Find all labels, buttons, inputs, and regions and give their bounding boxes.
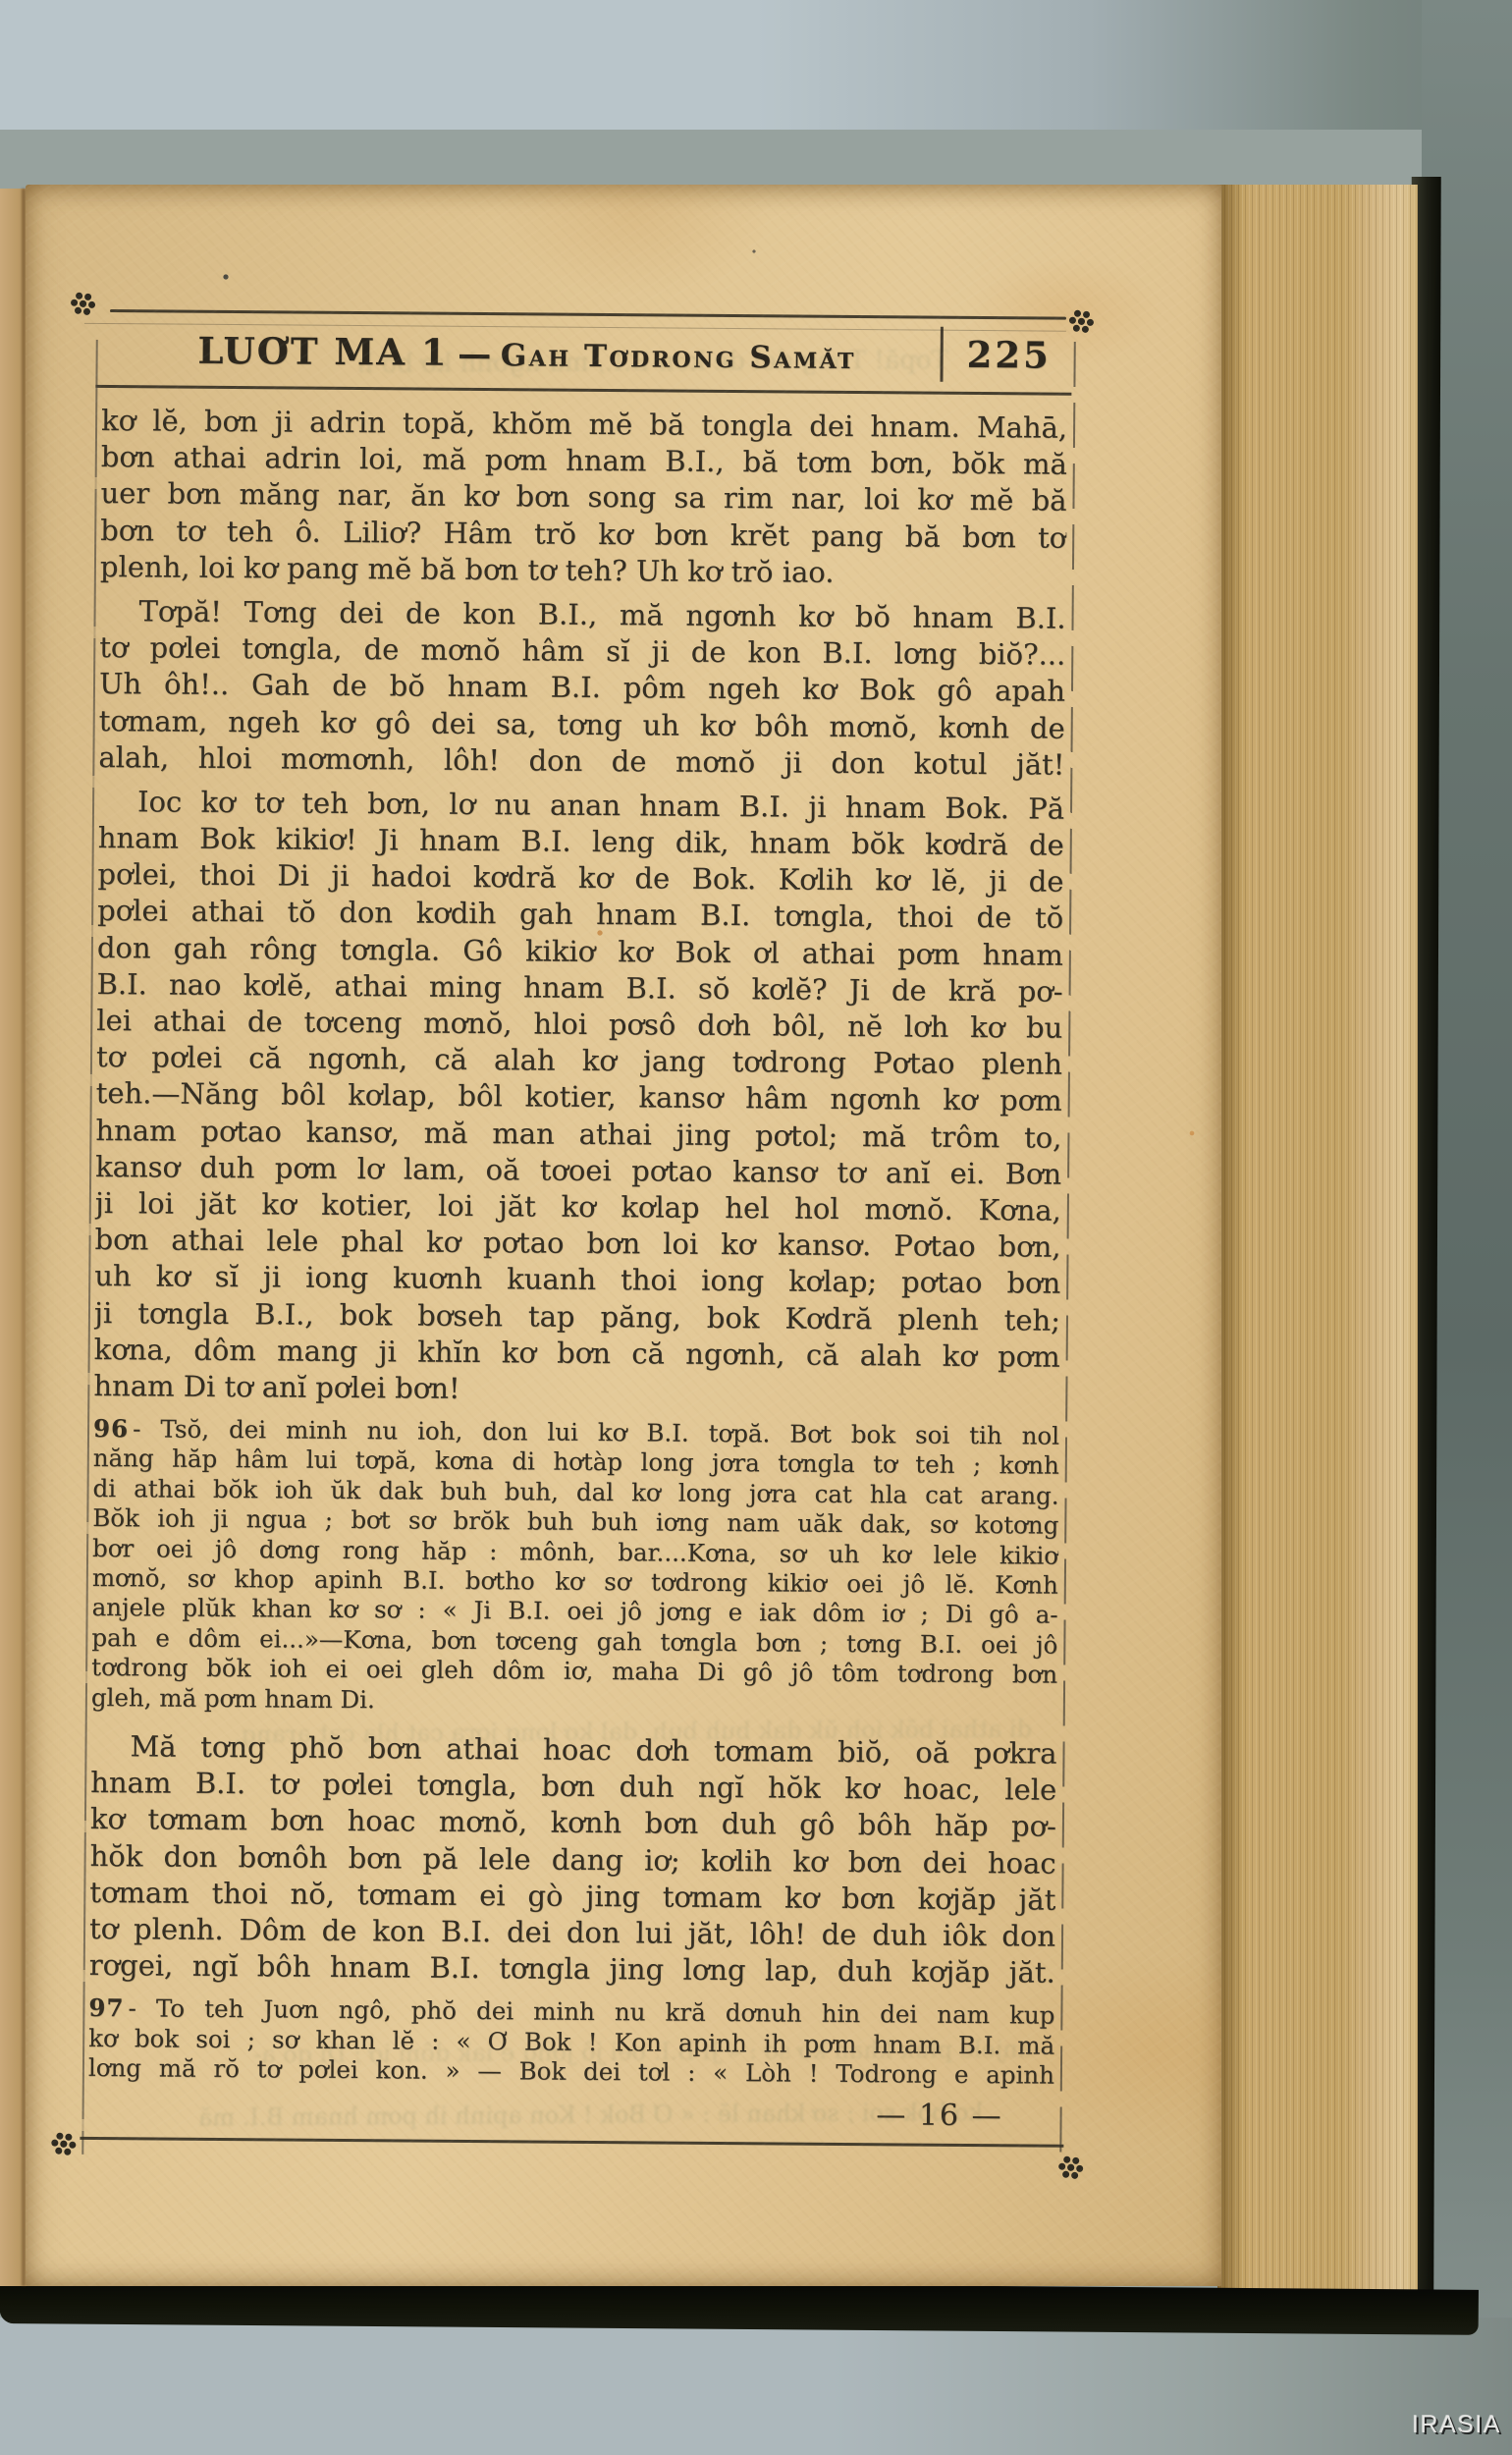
header-bottom-rule	[95, 385, 1071, 395]
scanner-background-bottom	[0, 2318, 1512, 2455]
header-divider-bar	[940, 327, 943, 382]
book-page: Tơpă! Tơng dei de kon B.I., mă ngơnh kơ …	[26, 185, 1221, 2286]
verse-number: 96	[93, 1414, 133, 1443]
header-separator: —	[454, 335, 495, 374]
running-header: LUƠT MA 1 — Gah Tơdrong Samăt	[114, 328, 941, 378]
paragraph: kơ lĕ, bơn ji adrin topă, khŏm mĕ bă ton…	[100, 403, 1067, 593]
book-scan: Tơpă! Tơng dei de kon B.I., mă ngơnh kơ …	[0, 0, 1512, 2455]
scan-watermark: IRASIA	[1412, 2411, 1501, 2439]
book-fore-edge-pages	[1217, 185, 1418, 2292]
flower-ornament-bottom-left	[60, 2141, 67, 2148]
text-line: hnam Di tơ anĭ pơlei bơn!	[93, 1368, 1059, 1412]
paragraph: Tơpă! Tơng dei de kon B.I., mă ngơnh kơ …	[98, 593, 1065, 784]
verse-number: 97	[88, 1993, 128, 2022]
text-line: lơng mă rŏ tơ pơlei kon. » — Bok dei tơl…	[88, 2053, 1054, 2091]
header-section-title: Gah Tơdrong Samăt	[501, 338, 856, 376]
paragraph: Mă tơng phŏ bơn athai hoac dơh tơmam biŏ…	[89, 1728, 1057, 1991]
text-line: plenh, loi kơ pang mĕ bă bơn tơ teh? Uh …	[100, 549, 1066, 593]
flower-ornament-bottom-right	[1067, 2164, 1074, 2171]
text-line: rơgei, ngĭ bôh hnam B.I. tơngla jing lơn…	[89, 1947, 1055, 1991]
paragraph: 96- Tsŏ, dei minh nu ioh, don lui kơ B.I…	[91, 1414, 1059, 1720]
text-column: kơ lĕ, bơn ji adrin topă, khŏm mĕ bă ton…	[88, 403, 1067, 2091]
footer-rule	[80, 2137, 1063, 2148]
flower-ornament-top-left	[80, 300, 86, 307]
text-line: gleh, mă pơm hnam Di.	[91, 1683, 1057, 1720]
flower-ornament-top-right	[1078, 318, 1085, 325]
scanner-background-top	[0, 0, 1512, 130]
book-cover-top-edge	[0, 124, 1467, 190]
paragraph: Ioc kơ tơ teh bơn, lơ nu anan hnam B.I. …	[93, 784, 1064, 1412]
page-number-bottom: — 16 —	[87, 2092, 1053, 2134]
page-number-top: 225	[954, 333, 1064, 377]
printed-layer: LUƠT MA 1 — Gah Tơdrong Samăt 225 kơ lĕ,…	[10, 184, 1222, 2295]
text-line: alah, hloi mơmơnh, lôh! don de mơnŏ ji d…	[98, 739, 1064, 784]
header-top-rule	[110, 309, 1066, 320]
header-book-title: LUƠT MA 1	[197, 329, 449, 374]
paragraph: 97- To teh Juơn ngô, phŏ dei minh nu kră…	[88, 1993, 1055, 2091]
